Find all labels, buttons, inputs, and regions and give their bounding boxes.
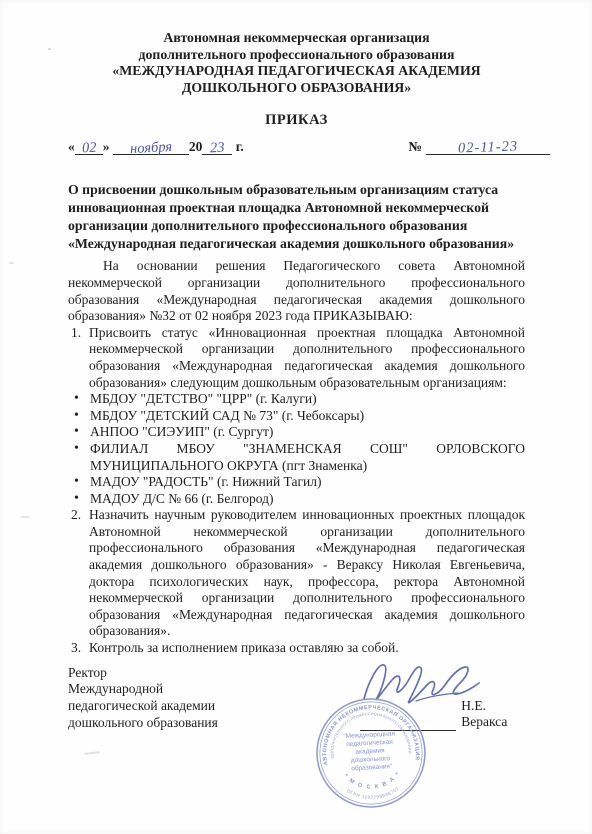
scan-artifact: [84, 751, 100, 755]
bullet-icon: •: [74, 441, 79, 458]
month-underline: ноября: [113, 140, 189, 155]
stamp-center-text: "Международная педагогическая академия д…: [343, 730, 398, 772]
bullet-icon: •: [74, 391, 79, 408]
date-field: «02» ноября2023 г.: [68, 139, 244, 156]
date-number-row: «02» ноября2023 г. №02-11-23: [68, 139, 525, 156]
scan-artifact: [9, 262, 14, 264]
list-item: •МБДОУ "ДЕТСТВО" "ЦРР" (г. Калуги): [68, 391, 525, 408]
item-number: 2.: [71, 507, 81, 524]
list-item: •АНПОО "СИЭУИП" (г. Сургут): [68, 424, 525, 441]
item-text: Контроль за исполнением приказа оставляю…: [89, 640, 399, 655]
item-number: 3.: [71, 640, 81, 657]
year-label: г.: [236, 139, 244, 154]
item-text: Назначить научным руководителем инноваци…: [89, 507, 525, 638]
number-sign: №: [408, 139, 422, 154]
order-title: О присвоении дошкольным образовательным …: [68, 181, 525, 252]
bullet-icon: •: [74, 474, 79, 491]
organization-name: МАДОУ "РАДОСТЬ" (г. Нижний Тагил): [90, 474, 321, 489]
bullet-icon: •: [74, 408, 79, 425]
document-page: Автономная некоммерческая организация до…: [0, 0, 592, 834]
item-number: 1.: [71, 325, 81, 342]
bullet-icon: •: [74, 424, 79, 441]
organization-name: МБДОУ "ДЕТСКИЙ САД № 73" (г. Чебоксары): [90, 408, 364, 423]
organization-name: АНПОО "СИЭУИП" (г. Сургут): [90, 424, 273, 439]
scan-artifact: [20, 516, 30, 518]
doc-type-title: ПРИКАЗ: [68, 112, 525, 129]
bullet-icon: •: [74, 491, 79, 508]
list-item: •ФИЛИАЛ МБОУ "ЗНАМЕНСКАЯ СОШ" ОРЛОВСКОГО…: [68, 441, 525, 474]
order-item-2: 2.Назначить научным руководителем иннова…: [68, 507, 525, 640]
open-quote: «: [68, 139, 75, 154]
org-header: Автономная некоммерческая организация до…: [68, 30, 525, 96]
list-item: •МБДОУ "ДЕТСКИЙ САД № 73" (г. Чебоксары): [68, 408, 525, 425]
number-underline: 02-11-23: [426, 140, 550, 155]
org-stamp: АВТОНОМНАЯ НЕКОММЕРЧЕСКАЯ ОРГАНИЗАЦИЯ ДО…: [315, 697, 427, 809]
scan-artifact: [48, 48, 51, 50]
year-prefix: 20: [189, 139, 203, 154]
year-underline: 23: [202, 140, 232, 155]
organization-name: ФИЛИАЛ МБОУ "ЗНАМЕНСКАЯ СОШ" ОРЛОВСКОГО …: [90, 441, 525, 473]
day-underline: 02: [75, 140, 103, 155]
close-quote: »: [103, 139, 110, 154]
organization-name: МАДОУ Д/С № 66 (г. Белгород): [90, 491, 274, 506]
order-items-list: 1.Присвоить статус «Инновационная проект…: [68, 325, 525, 657]
organizations-list: •МБДОУ "ДЕТСТВО" "ЦРР" (г. Калуги) •МБДО…: [68, 391, 525, 507]
item-text: Присвоить статус «Инновационная проектна…: [89, 325, 525, 390]
list-item: •МАДОУ "РАДОСТЬ" (г. Нижний Тагил): [68, 474, 525, 491]
handwritten-day: 02: [81, 141, 96, 155]
organization-name: МБДОУ "ДЕТСТВО" "ЦРР" (г. Калуги): [90, 391, 317, 406]
order-number-field: №02-11-23: [408, 139, 550, 156]
list-item: •МАДОУ Д/С № 66 (г. Белгород): [68, 491, 525, 508]
handwritten-month: ноября: [130, 140, 173, 155]
intro-paragraph: На основании решения Педагогического сов…: [68, 258, 525, 324]
handwritten-year: 23: [210, 141, 225, 155]
handwritten-number: 02-11-23: [458, 140, 519, 155]
order-item-1: 1.Присвоить статус «Инновационная проект…: [68, 325, 525, 391]
